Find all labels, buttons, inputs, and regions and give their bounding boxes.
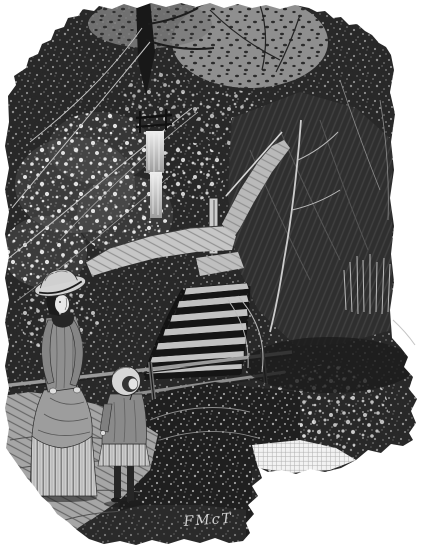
child-hand bbox=[101, 431, 106, 436]
woman-overskirt bbox=[32, 388, 92, 448]
child-foot-2 bbox=[128, 501, 140, 506]
engraving-illustration: FMcT bbox=[0, 0, 421, 550]
child-leg-right bbox=[127, 466, 134, 502]
woman-hand bbox=[50, 388, 57, 394]
woman-hand-2 bbox=[74, 387, 81, 393]
child-foot bbox=[111, 498, 121, 503]
child-skirt bbox=[98, 444, 150, 466]
engraving-canvas: FMcT bbox=[0, 0, 421, 550]
edge-twig bbox=[393, 320, 415, 345]
child-leg-left bbox=[114, 466, 121, 498]
